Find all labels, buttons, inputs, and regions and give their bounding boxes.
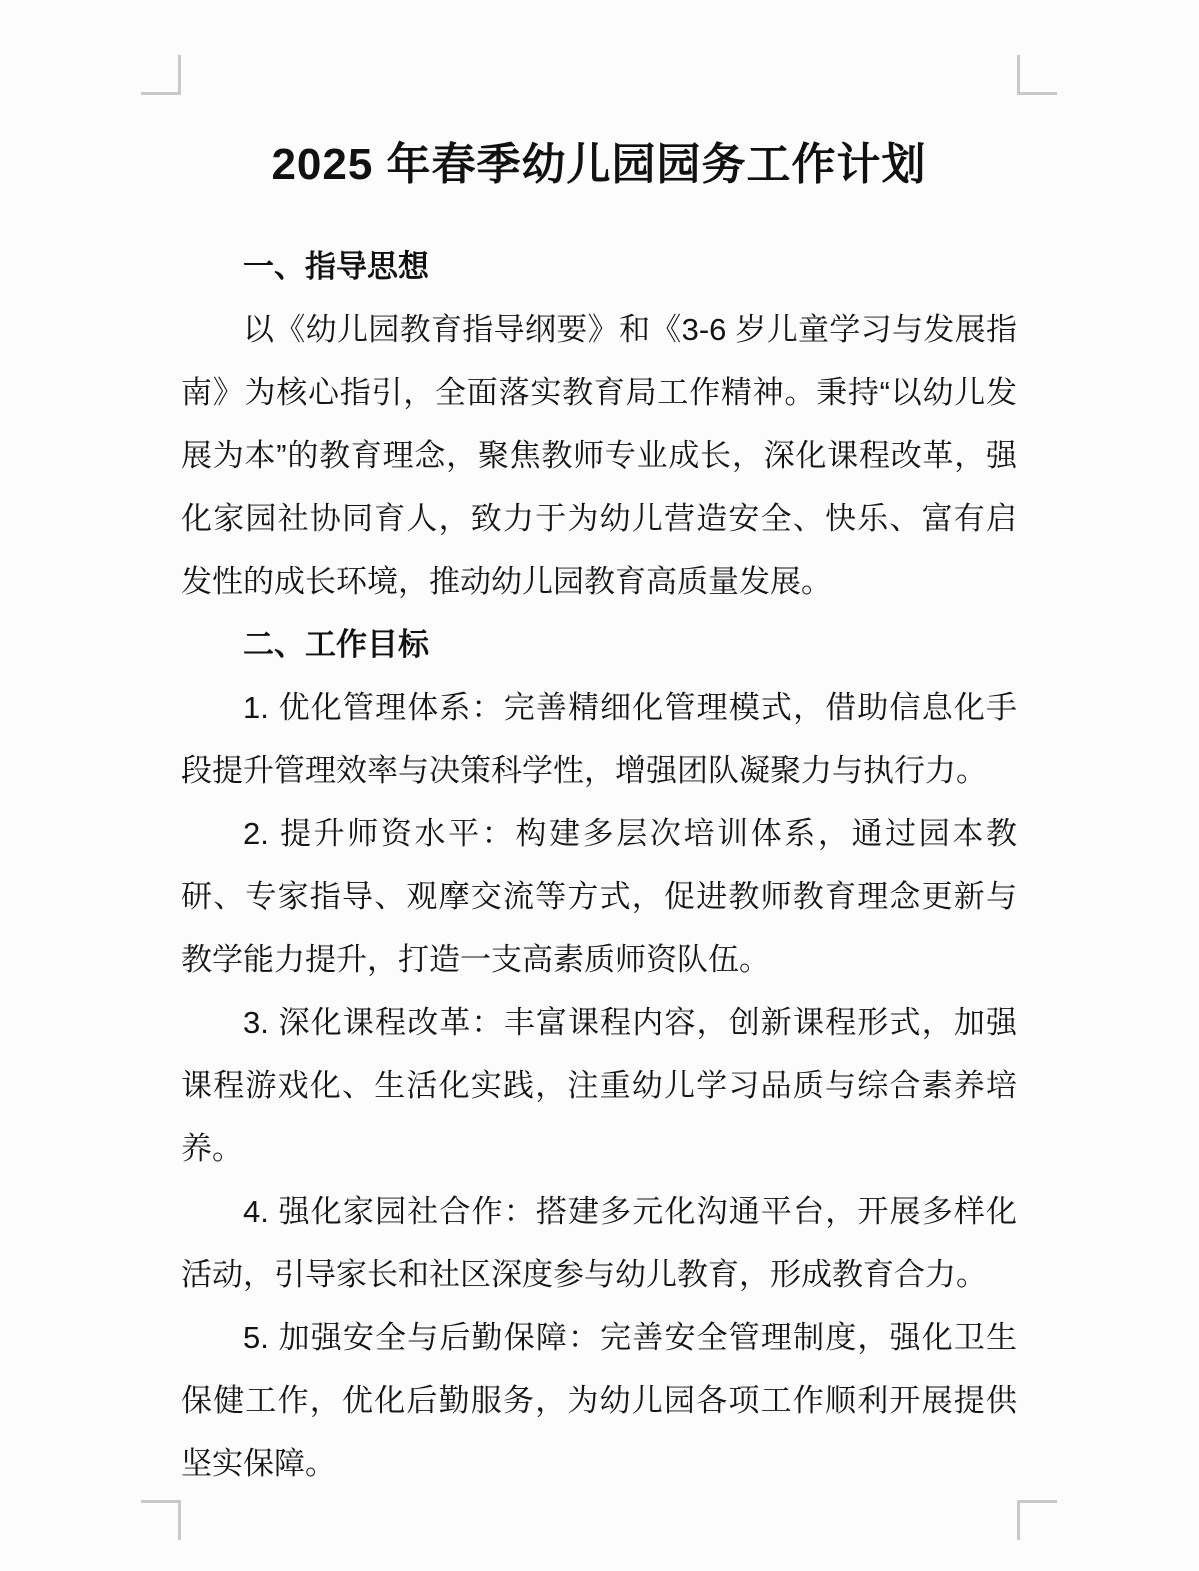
crop-mark-top-left (141, 55, 181, 95)
section-heading-work-goals: 二、工作目标 (181, 613, 1017, 676)
paragraph-goal-1: 1. 优化管理体系：完善精细化管理模式，借助信息化手段提升管理效率与决策科学性，… (181, 676, 1017, 802)
paragraph-goal-5: 5. 加强安全与后勤保障：完善安全管理制度，强化卫生保健工作，优化后勤服务，为幼… (181, 1306, 1017, 1495)
paragraph-goal-4: 4. 强化家园社合作：搭建多元化沟通平台，开展多样化活动，引导家长和社区深度参与… (181, 1180, 1017, 1306)
crop-mark-bottom-left (141, 1500, 181, 1540)
document-page: 2025 年春季幼儿园园务工作计划 一、指导思想 以《幼儿园教育指导纲要》和《3… (0, 0, 1199, 1571)
document-body: 2025 年春季幼儿园园务工作计划 一、指导思想 以《幼儿园教育指导纲要》和《3… (181, 95, 1017, 1495)
paragraph-goal-3: 3. 深化课程改革：丰富课程内容，创新课程形式，加强课程游戏化、生活化实践，注重… (181, 991, 1017, 1180)
crop-mark-top-right (1017, 55, 1057, 95)
paragraph-goal-2: 2. 提升师资水平：构建多层次培训体系，通过园本教研、专家指导、观摩交流等方式，… (181, 802, 1017, 991)
document-title: 2025 年春季幼儿园园务工作计划 (181, 95, 1017, 235)
paragraph-guiding-ideology: 以《幼儿园教育指导纲要》和《3-6 岁儿童学习与发展指南》为核心指引，全面落实教… (181, 298, 1017, 613)
crop-mark-bottom-right (1017, 1500, 1057, 1540)
section-heading-guiding-ideology: 一、指导思想 (181, 235, 1017, 298)
